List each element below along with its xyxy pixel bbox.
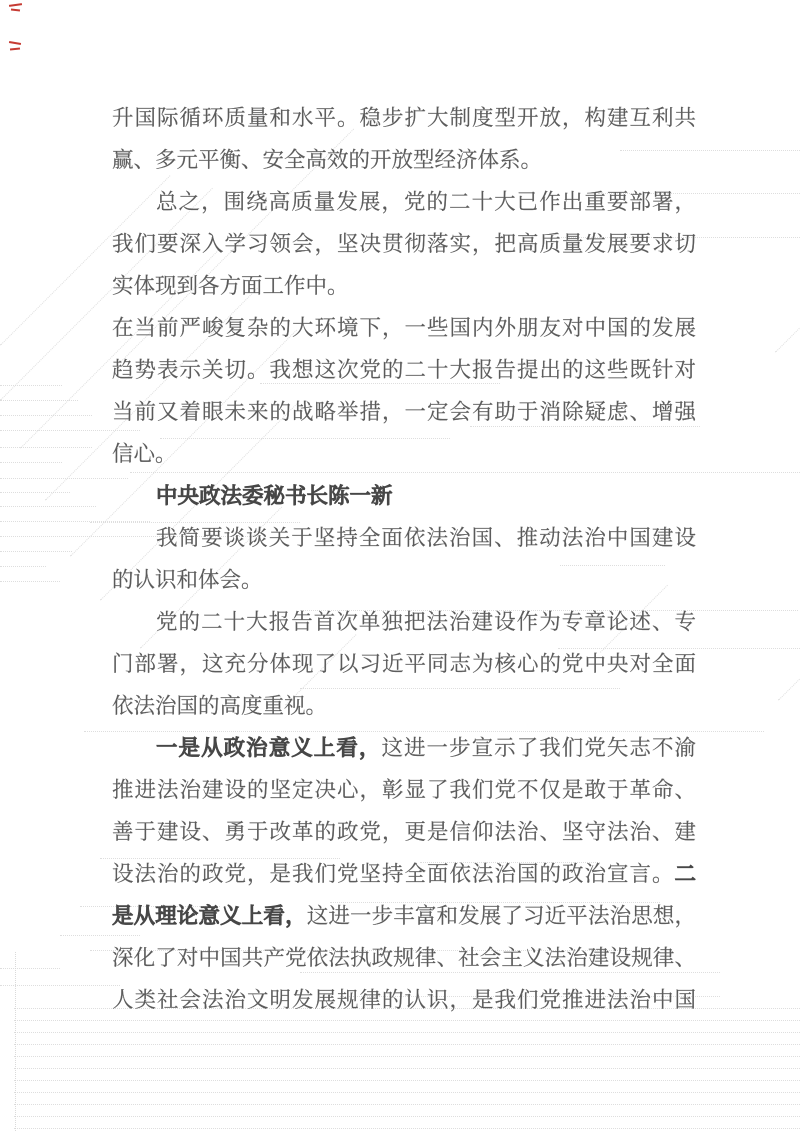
text-line: 善于建设、勇于改革的政党，更是信仰法治、坚守法治、建 (112, 811, 696, 853)
bold-text-segment: 是从理论意义上看， (112, 904, 307, 928)
watermark-dotted-line (0, 447, 92, 448)
text-line: 党的二十大报告首次单独把法治建设作为专章论述、专 (112, 601, 696, 643)
document-text-block: 升国际循环质量和水平。稳步扩大制度型开放，构建互利共赢、多元平衡、安全高效的开放… (112, 97, 696, 1021)
watermark-dotted-line (0, 478, 128, 479)
watermark-dotted-line (14, 1032, 800, 1033)
watermark-dotted-line (0, 385, 62, 386)
watermark-dotted-line (0, 492, 70, 493)
text-line: 设法治的政党，是我们党坚持全面依法治国的政治宣言。二 (112, 853, 696, 895)
bold-text-segment: 一是从政治意义上看， (156, 736, 381, 760)
watermark-diagonal-line (778, 656, 800, 701)
watermark-dotted-line (0, 968, 60, 969)
text-segment: 我们要深入学习领会，坚决贯彻落实，把高质量发展要求切 (112, 232, 696, 256)
text-segment: 实体现到各方面工作中。 (112, 274, 349, 298)
text-segment: 设法治的政党，是我们党坚持全面依法治国的政治宣言。 (112, 862, 674, 886)
text-segment: 信心。 (112, 442, 177, 466)
document-page: 升国际循环质量和水平。稳步扩大制度型开放，构建互利共赢、多元平衡、安全高效的开放… (0, 0, 800, 1131)
text-segment: 的认识和体会。 (112, 568, 263, 592)
watermark-diagonal-line (775, 310, 800, 353)
text-line: 推进法治建设的坚定决心，彰显了我们党不仅是敢于革命、 (112, 769, 696, 811)
text-line: 信心。 (112, 433, 696, 475)
text-segment: 门部署，这充分体现了以习近平同志为核心的党中央对全面 (112, 652, 696, 676)
bold-text-segment: 中央政法委秘书长陈一新 (156, 484, 393, 508)
text-segment: 总之，围绕高质量发展，党的二十大已作出重要部署， (156, 190, 696, 214)
watermark-dotted-line (14, 1092, 800, 1093)
watermark-dotted-line (14, 1044, 800, 1045)
text-line: 依法治国的高度重视。 (112, 685, 696, 727)
text-line: 当前又着眼未来的战略举措，一定会有助于消除疑虑、增强 (112, 391, 696, 433)
watermark-dotted-line (14, 1080, 800, 1081)
watermark-dotted-line (0, 566, 46, 567)
watermark-dotted-line (0, 551, 72, 552)
text-line: 赢、多元平衡、安全高效的开放型经济体系。 (112, 139, 696, 181)
text-line: 一是从政治意义上看，这进一步宣示了我们党矢志不渝 (112, 727, 696, 769)
text-segment: 善于建设、勇于改革的政党，更是信仰法治、坚守法治、建 (112, 820, 696, 844)
text-line: 是从理论意义上看，这进一步丰富和发展了习近平法治思想， (112, 895, 696, 937)
text-line: 人类社会法治文明发展规律的认识，是我们党推进法治中国 (112, 979, 696, 1021)
watermark-dotted-line (0, 506, 96, 507)
watermark-dotted-line (14, 1056, 800, 1057)
watermark-dotted-line (14, 1116, 800, 1117)
watermark-dotted-line (14, 1068, 800, 1069)
red-edge-mark-bottom (9, 42, 25, 54)
bold-text-segment: 二 (674, 862, 696, 886)
text-segment: 人类社会法治文明发展规律的认识，是我们党推进法治中国 (112, 988, 696, 1012)
text-line: 我们要深入学习领会，坚决贯彻落实，把高质量发展要求切 (112, 223, 696, 265)
text-segment: 我简要谈谈关于坚持全面依法治国、推动法治中国建设 (156, 526, 696, 550)
text-line: 升国际循环质量和水平。稳步扩大制度型开放，构建互利共 (112, 97, 696, 139)
text-line: 总之，围绕高质量发展，党的二十大已作出重要部署， (112, 181, 696, 223)
text-line: 深化了对中国共产党依法执政规律、社会主义法治建设规律、 (112, 937, 696, 979)
text-segment: 赢、多元平衡、安全高效的开放型经济体系。 (112, 148, 542, 172)
text-segment: 升国际循环质量和水平。稳步扩大制度型开放，构建互利共 (112, 106, 696, 130)
text-line: 在当前严峻复杂的大环境下，一些国内外朋友对中国的发展 (112, 307, 696, 349)
watermark-dotted-line (0, 985, 120, 986)
text-segment: 这进一步宣示了我们党矢志不渝 (381, 736, 696, 760)
watermark-dotted-line (0, 462, 62, 463)
text-line: 的认识和体会。 (112, 559, 696, 601)
text-segment: 趋势表示关切。我想这次党的二十大报告提出的这些既针对 (112, 358, 696, 382)
text-segment: 依法治国的高度重视。 (112, 694, 327, 718)
text-segment: 当前又着眼未来的战略举措，一定会有助于消除疑虑、增强 (112, 400, 696, 424)
text-segment: 深化了对中国共产党依法执政规律、社会主义法治建设规律、 (112, 946, 696, 970)
text-segment: 在当前严峻复杂的大环境下，一些国内外朋友对中国的发展 (112, 316, 696, 340)
watermark-dotted-line (0, 415, 92, 416)
text-line: 中央政法委秘书长陈一新 (112, 475, 696, 517)
text-segment: 这进一步丰富和发展了习近平法治思想， (307, 904, 696, 928)
watermark-dotted-line (14, 1104, 800, 1105)
text-line: 我简要谈谈关于坚持全面依法治国、推动法治中国建设 (112, 517, 696, 559)
watermark-dotted-line (0, 581, 60, 582)
watermark-dotted-line (14, 1128, 800, 1129)
text-line: 门部署，这充分体现了以习近平同志为核心的党中央对全面 (112, 643, 696, 685)
text-segment: 党的二十大报告首次单独把法治建设作为专章论述、专 (156, 610, 696, 634)
red-edge-mark-top (9, 4, 25, 14)
text-line: 实体现到各方面工作中。 (112, 265, 696, 307)
text-segment: 推进法治建设的坚定决心，彰显了我们党不仅是敢于革命、 (112, 778, 696, 802)
text-line: 趋势表示关切。我想这次党的二十大报告提出的这些既针对 (112, 349, 696, 391)
